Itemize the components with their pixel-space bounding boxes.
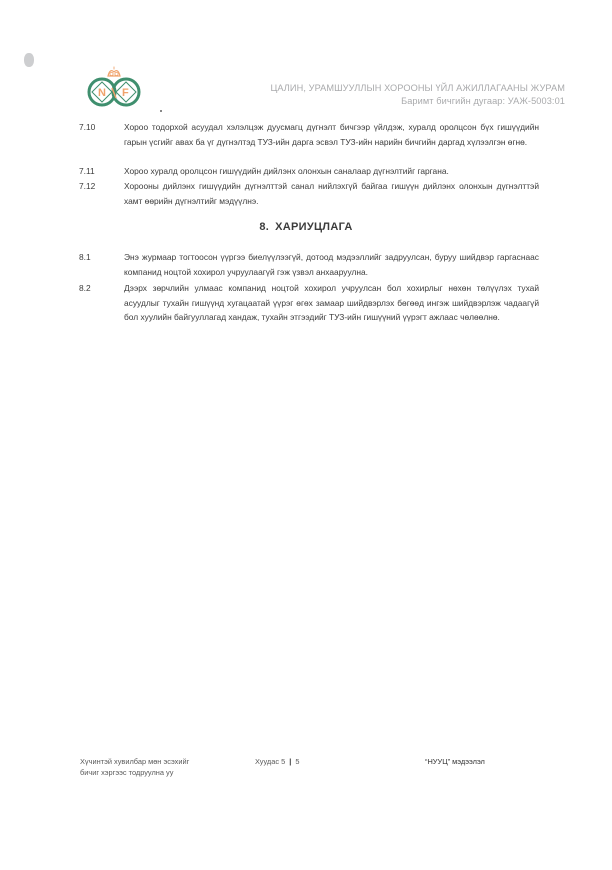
clause-7-12: 7.12 Хорооны дийлэнх гишүүдийн дүгнэлттэ… — [79, 179, 539, 208]
clause-number: 8.2 — [79, 281, 119, 296]
document-title: ЦАЛИН, УРАМШУУЛЛЫН ХОРООНЫ ҮЙЛ АЖИЛЛАГАА… — [270, 82, 565, 95]
footer-note: Хүчинтэй хувилбар мөн эсэхийг бичиг хэрг… — [80, 756, 240, 778]
footer-note-line2: бичиг хэргээс тодруулна уу — [80, 767, 240, 778]
page-total: 5 — [295, 757, 299, 766]
clause-7-10: 7.10 Хороо тодорхой асуудал хэлэлцэж дуу… — [79, 120, 539, 149]
footer-note-line1: Хүчинтэй хувилбар мөн эсэхийг — [80, 756, 240, 767]
page-number: Хуудас 5 | 5 — [255, 756, 300, 767]
clause-8-1: 8.1 Энэ журмаар тогтоосон үүргээ биелүүл… — [79, 250, 539, 279]
clause-text: Хорооны дийлэнх гишүүдийн дүгнэлттэй сан… — [124, 179, 539, 208]
clause-number: 7.11 — [79, 164, 119, 179]
section-number: 8. — [259, 221, 269, 233]
clause-number: 8.1 — [79, 250, 119, 265]
clause-number: 7.12 — [79, 179, 119, 194]
clause-8-2: 8.2 Дээрх зөрчлийн улмаас компанид ноцто… — [79, 281, 539, 325]
clause-number: 7.10 — [79, 120, 119, 135]
page-label: Хуудас 5 — [255, 757, 285, 766]
section-title: ХАРИУЦЛАГА — [275, 221, 353, 233]
clause-text: Дээрх зөрчлийн улмаас компанид ноцтой хо… — [124, 281, 539, 325]
svg-text:N: N — [98, 87, 106, 99]
clause-text: Энэ журмаар тогтоосон үүргээ биелүүлээгү… — [124, 250, 539, 279]
company-logo-icon: N F — [84, 64, 144, 108]
scan-smudge — [24, 53, 34, 67]
page-separator: | — [289, 757, 291, 766]
confidential-label: “НУУЦ” мэдээлэл — [425, 756, 485, 767]
svg-text:F: F — [122, 87, 129, 99]
document-number: Баримт бичгийн дугаар: УАЖ-5003:01 — [270, 95, 565, 108]
clause-text: Хороо тодорхой асуудал хэлэлцэж дуусмагц… — [124, 120, 539, 149]
header-divider-mark — [160, 110, 162, 112]
document-header: ЦАЛИН, УРАМШУУЛЛЫН ХОРООНЫ ҮЙЛ АЖИЛЛАГАА… — [270, 82, 565, 108]
section-heading: 8.ХАРИУЦЛАГА — [0, 221, 612, 233]
clause-text: Хороо хуралд оролцсон гишүүдийн дийлэнх … — [124, 164, 539, 179]
clause-7-11: 7.11 Хороо хуралд оролцсон гишүүдийн дий… — [79, 164, 539, 179]
